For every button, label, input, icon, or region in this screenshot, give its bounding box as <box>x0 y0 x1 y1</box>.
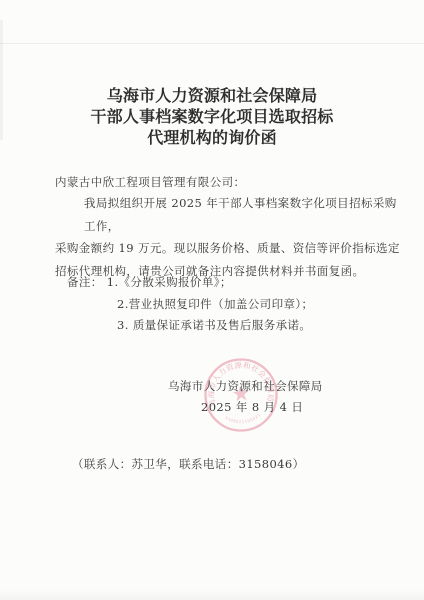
scanned-document-page: 乌海市人力资源和社会保障局 干部人事档案数字化项目选取招标 代理机构的询价函 内… <box>0 0 424 600</box>
body-line-2: 采购金额约 19 万元。现以服务价格、质量、资信等评价指标选定 <box>55 237 407 260</box>
scan-fold-line <box>0 43 424 44</box>
signature-date: 2025 年 8 月 4 日 <box>201 399 303 415</box>
note-line-2: 2.营业执照复印件（加盖公司印章）； <box>67 294 397 316</box>
title-line-2: 干部人事档案数字化项目选取招标 <box>6 106 418 127</box>
title-line-1: 乌海市人力资源和社会保障局 <box>6 85 418 106</box>
contact-line: （联系人：苏卫华，联系电话：3158046） <box>72 456 305 472</box>
body-line-1: 我局拟组织开展 2025 年干部人事档案数字化项目招标采购工作， <box>55 192 407 237</box>
signature-org: 乌海市人力资源和社会保障局 <box>168 378 323 394</box>
seal-ring <box>203 357 280 434</box>
title-line-3: 代理机构的询价函 <box>6 127 418 148</box>
body-paragraph: 我局拟组织开展 2025 年干部人事档案数字化项目招标采购工作， 采购金额约 1… <box>55 192 407 282</box>
note-line-1: 备注： 1.《分散采购报价单》； <box>67 272 397 294</box>
scan-edge-shade <box>0 20 3 140</box>
scan-edge-shade-bottom <box>0 590 424 600</box>
note-line-3: 3. 质量保证承诺书及售后服务承诺。 <box>67 315 397 337</box>
document-title: 乌海市人力资源和社会保障局 干部人事档案数字化项目选取招标 代理机构的询价函 <box>6 85 418 148</box>
notes-block: 备注： 1.《分散采购报价单》； 2.营业执照复印件（加盖公司印章）； 3. 质… <box>67 272 397 337</box>
official-seal: 乌海市人力资源和社会保障局 1508021100421 <box>190 344 292 446</box>
addressee-line: 内蒙古中欣工程项目管理有限公司： <box>55 174 245 190</box>
